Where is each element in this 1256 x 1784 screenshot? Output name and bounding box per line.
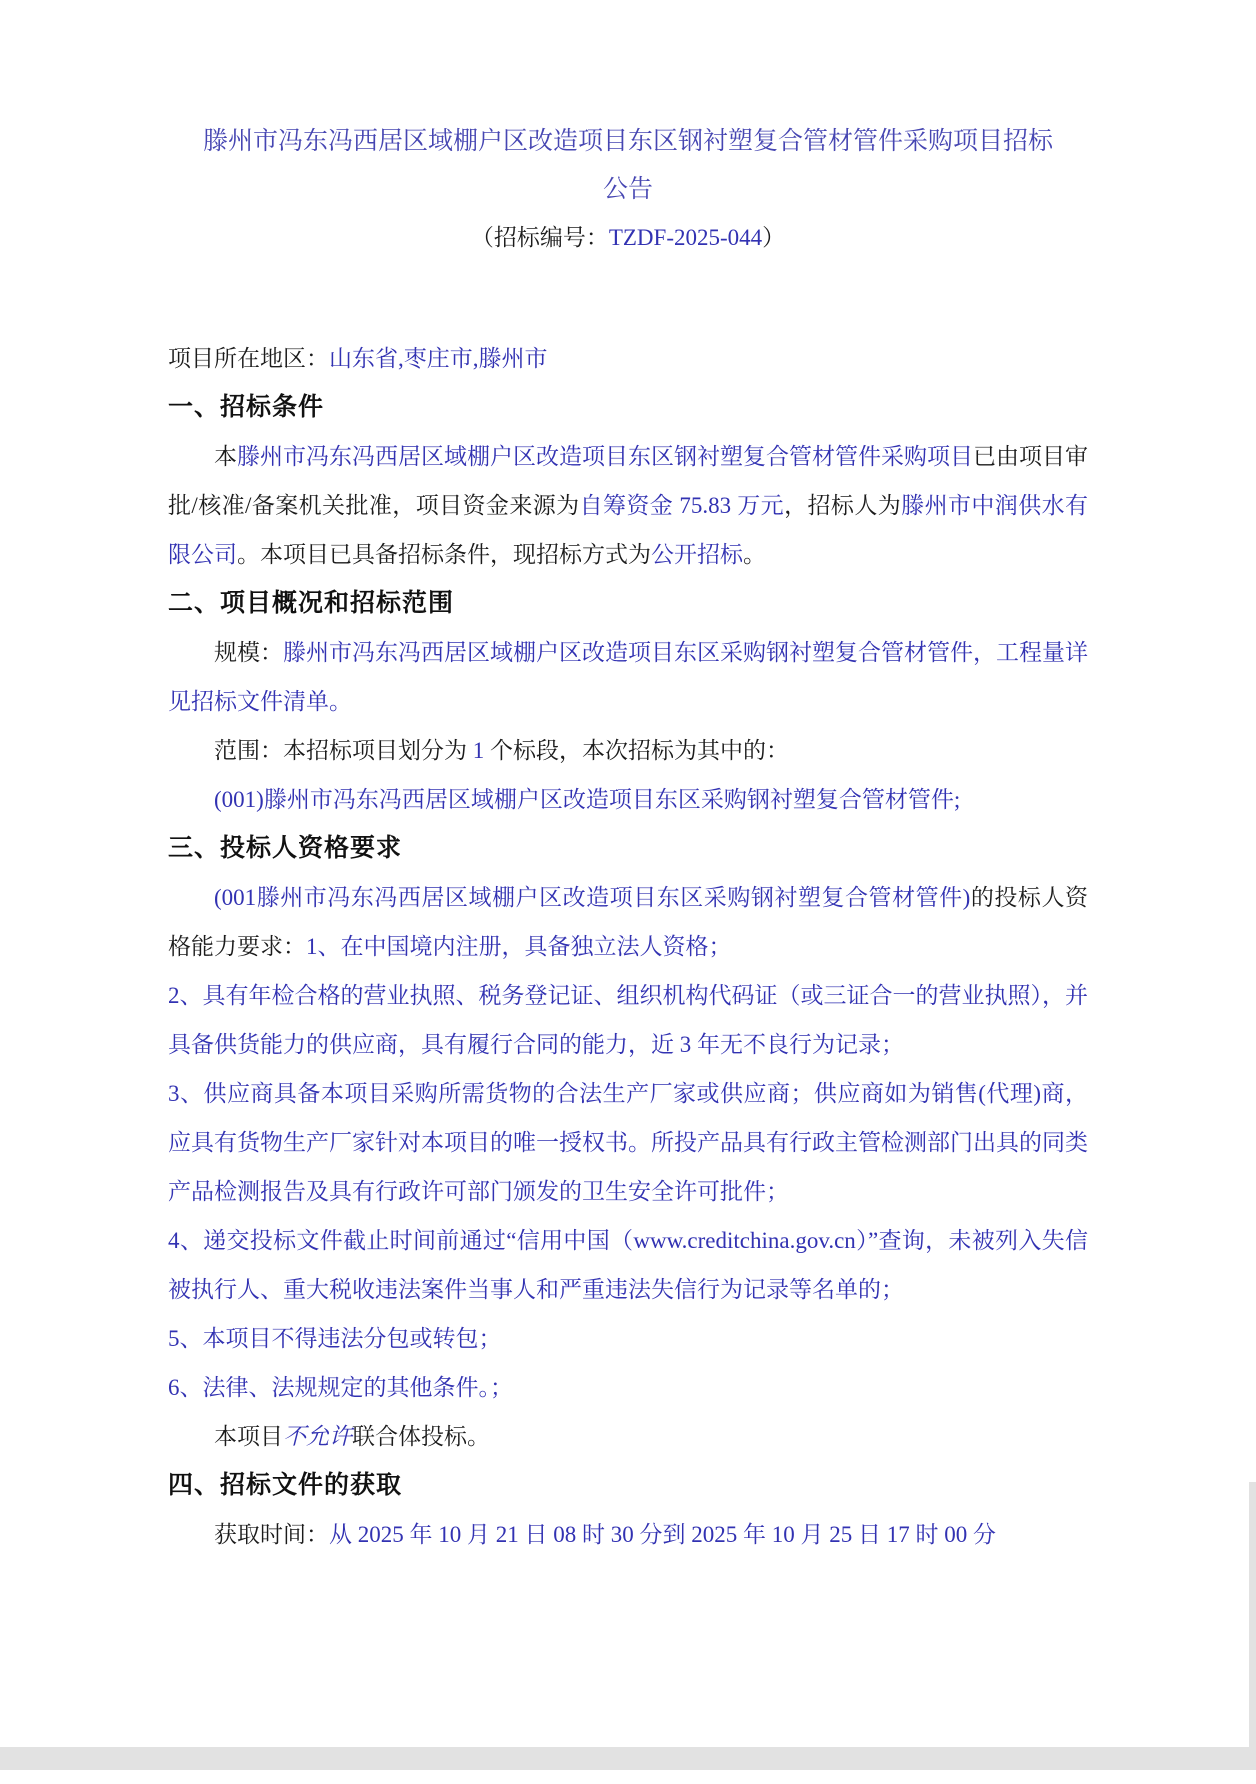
text-segment: 范围：本招标项目划分为 xyxy=(214,738,473,763)
section-heading-tender-conditions: 一、招标条件 xyxy=(168,383,1088,432)
text-segment: 。本项目已具备招标条件，现招标方式为 xyxy=(237,542,651,567)
section-document-acquisition: 四、招标文件的获取 获取时间：从 2025 年 10 月 21 日 08 时 3… xyxy=(168,1461,1088,1559)
tender-number-code: TZDF-2025-044 xyxy=(609,225,762,250)
tender-number-prefix: （招标编号： xyxy=(471,225,609,250)
paragraph: 范围：本招标项目划分为 1 个标段，本次招标为其中的： xyxy=(168,726,1088,775)
project-location-label: 项目所在地区： xyxy=(168,346,329,371)
text-segment: 3、供应商具备本项目采购所需货物的合法生产厂家或供应商；供应商如为销售(代理)商… xyxy=(168,1081,1088,1204)
text-segment: 本项目 xyxy=(214,1424,283,1449)
paragraph: 获取时间：从 2025 年 10 月 21 日 08 时 30 分到 2025 … xyxy=(168,1510,1088,1559)
document-content: 滕州市冯东冯西居区域棚户区改造项目东区钢衬塑复合管材管件采购项目招标 公告 （招… xyxy=(0,0,1256,1559)
document-title: 滕州市冯东冯西居区域棚户区改造项目东区钢衬塑复合管材管件采购项目招标 公告 xyxy=(168,118,1088,214)
text-segment: 滕州市冯东冯西居区域棚户区改造项目东区钢衬塑复合管材管件采购项目 xyxy=(237,444,973,469)
text-segment: 2、具有年检合格的营业执照、税务登记证、组织机构代码证（或三证合一的营业执照），… xyxy=(168,983,1088,1057)
text-segment: 1、在中国境内注册，具备独立法人资格； xyxy=(306,934,732,959)
section-bidder-qualifications: 三、投标人资格要求 (001滕州市冯东冯西居区域棚户区改造项目东区采购钢衬塑复合… xyxy=(168,824,1088,1461)
text-segment: 自筹资金 75.83 万元 xyxy=(580,493,785,518)
document-title-line1: 滕州市冯东冯西居区域棚户区改造项目东区钢衬塑复合管材管件采购项目招标 xyxy=(168,118,1088,166)
paragraph: 本项目不允许联合体投标。 xyxy=(168,1412,1088,1461)
text-segment: 4、递交投标文件截止时间前通过“信用中国（www.creditchina.gov… xyxy=(168,1228,1088,1302)
text-segment: 规模： xyxy=(214,640,283,665)
document-page: 滕州市冯东冯西居区域棚户区改造项目东区钢衬塑复合管材管件采购项目招标 公告 （招… xyxy=(0,0,1256,1784)
section-heading-project-overview: 二、项目概况和招标范围 xyxy=(168,579,1088,628)
text-segment: 5、本项目不得违法分包或转包； xyxy=(168,1326,502,1351)
paragraph: 2、具有年检合格的营业执照、税务登记证、组织机构代码证（或三证合一的营业执照），… xyxy=(168,971,1088,1069)
section-heading-document-acquisition: 四、招标文件的获取 xyxy=(168,1461,1088,1510)
section-body-bidder-qualifications: (001滕州市冯东冯西居区域棚户区改造项目东区采购钢衬塑复合管材管件)的投标人资… xyxy=(168,873,1088,1461)
section-heading-bidder-qualifications: 三、投标人资格要求 xyxy=(168,824,1088,873)
text-segment: (001)滕州市冯东冯西居区域棚户区改造项目东区采购钢衬塑复合管材管件; xyxy=(214,787,960,812)
paragraph: (001滕州市冯东冯西居区域棚户区改造项目东区采购钢衬塑复合管材管件)的投标人资… xyxy=(168,873,1088,971)
section-body-project-overview: 规模：滕州市冯东冯西居区域棚户区改造项目东区采购钢衬塑复合管材管件，工程量详见招… xyxy=(168,628,1088,824)
paragraph: 5、本项目不得违法分包或转包； xyxy=(168,1314,1088,1363)
paragraph: (001)滕州市冯东冯西居区域棚户区改造项目东区采购钢衬塑复合管材管件; xyxy=(168,775,1088,824)
section-tender-conditions: 一、招标条件 本滕州市冯东冯西居区域棚户区改造项目东区钢衬塑复合管材管件采购项目… xyxy=(168,383,1088,579)
project-location-value: 山东省,枣庄市,滕州市 xyxy=(329,346,548,371)
text-segment: 联合体投标。 xyxy=(352,1424,490,1449)
text-segment: (001滕州市冯东冯西居区域棚户区改造项目东区采购钢衬塑复合管材管件) xyxy=(214,885,970,910)
text-segment: 6、法律、法规规定的其他条件。； xyxy=(168,1375,513,1400)
project-location-line: 项目所在地区：山东省,枣庄市,滕州市 xyxy=(168,334,1088,383)
text-segment: 。 xyxy=(743,542,766,567)
text-segment: 个标段，本次招标为其中的： xyxy=(484,738,789,763)
text-segment: 本 xyxy=(214,444,237,469)
tender-number-suffix: ） xyxy=(762,225,785,250)
page-edge-shadow-bottom xyxy=(0,1747,1256,1770)
section-project-overview: 二、项目概况和招标范围 规模：滕州市冯东冯西居区域棚户区改造项目东区采购钢衬塑复… xyxy=(168,579,1088,824)
text-segment: 不允许 xyxy=(283,1424,352,1449)
text-segment: 从 2025 年 10 月 21 日 08 时 30 分到 2025 年 10 … xyxy=(329,1522,996,1547)
text-segment: 滕州市冯东冯西居区域棚户区改造项目东区采购钢衬塑复合管材管件，工程量详见招标文件… xyxy=(168,640,1088,714)
paragraph: 4、递交投标文件截止时间前通过“信用中国（www.creditchina.gov… xyxy=(168,1216,1088,1314)
text-segment: 1 xyxy=(473,738,485,763)
paragraph: 本滕州市冯东冯西居区域棚户区改造项目东区钢衬塑复合管材管件采购项目已由项目审批/… xyxy=(168,432,1088,579)
text-segment: 获取时间： xyxy=(214,1522,329,1547)
section-body-tender-conditions: 本滕州市冯东冯西居区域棚户区改造项目东区钢衬塑复合管材管件采购项目已由项目审批/… xyxy=(168,432,1088,579)
tender-number-line: （招标编号：TZDF-2025-044） xyxy=(168,214,1088,262)
text-segment: 公开招标 xyxy=(651,542,743,567)
page-edge-shadow-right xyxy=(1249,1482,1256,1747)
paragraph: 6、法律、法规规定的其他条件。； xyxy=(168,1363,1088,1412)
paragraph: 3、供应商具备本项目采购所需货物的合法生产厂家或供应商；供应商如为销售(代理)商… xyxy=(168,1069,1088,1216)
text-segment: ，招标人为 xyxy=(784,493,901,518)
paragraph: 规模：滕州市冯东冯西居区域棚户区改造项目东区采购钢衬塑复合管材管件，工程量详见招… xyxy=(168,628,1088,726)
section-body-document-acquisition: 获取时间：从 2025 年 10 月 21 日 08 时 30 分到 2025 … xyxy=(168,1510,1088,1559)
document-title-line2: 公告 xyxy=(168,166,1088,214)
